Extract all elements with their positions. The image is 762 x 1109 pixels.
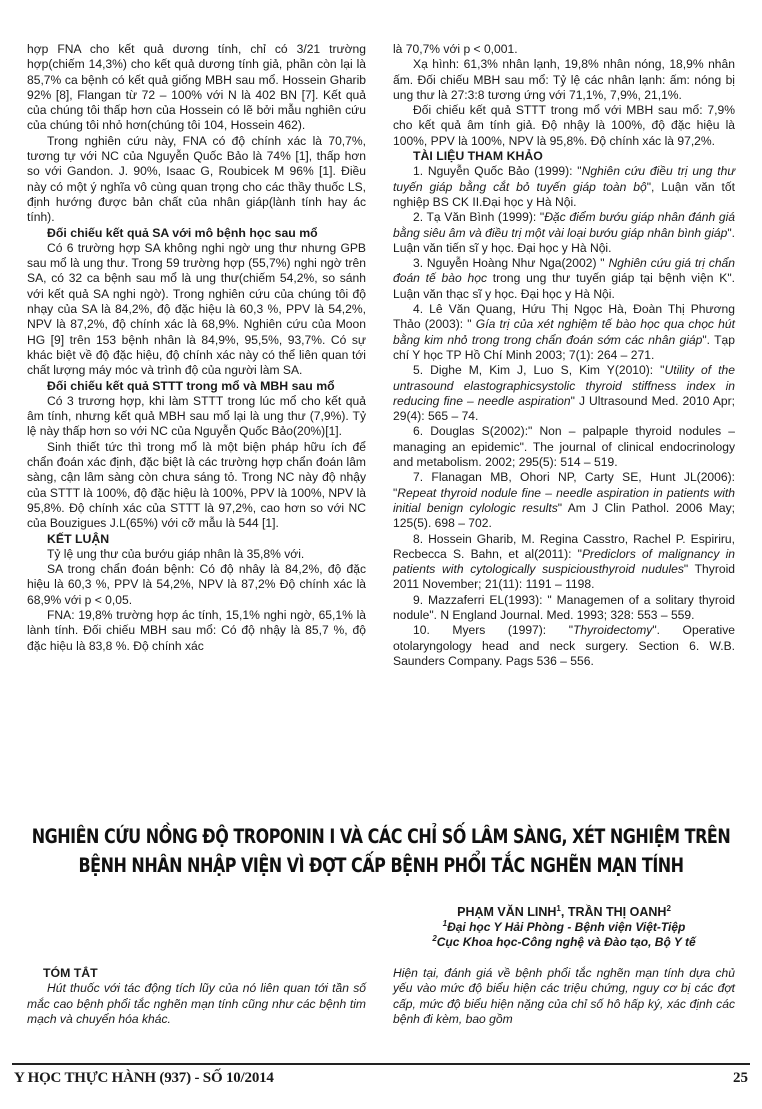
affiliation: 2Cục Khoa học-Công nghệ và Đào tạo, Bộ Y… <box>393 935 735 950</box>
reference-item: 1. Nguyễn Quốc Bảo (1999): "Nghiên cứu đ… <box>393 164 735 210</box>
author-name: TRẦN THỊ OANH <box>568 905 667 919</box>
paragraph: là 70,7% với p < 0,001. <box>393 42 735 57</box>
footer-divider <box>12 1063 750 1065</box>
reference-item: 7. Flanagan MB, Ohori NP, Carty SE, Hunt… <box>393 470 735 531</box>
author-block: PHẠM VĂN LINH1, TRẦN THỊ OANH2 1Đại học … <box>393 904 735 950</box>
paragraph: Có 6 trường hợp SA không nghi ngờ ung th… <box>27 241 366 379</box>
right-column: là 70,7% với p < 0,001. Xạ hình: 61,3% n… <box>393 42 735 669</box>
section-heading: Đối chiếu kết quả SA với mô bệnh học sau… <box>27 226 366 241</box>
reference-item: 10. Myers (1997): "Thyroidectomy". Opera… <box>393 623 735 669</box>
section-heading: KẾT LUẬN <box>27 532 366 547</box>
article-title: NGHIÊN CỨU NỒNG ĐỘ TROPONIN I VÀ CÁC CHỈ… <box>69 822 694 880</box>
paragraph: hợp FNA cho kết quả dương tính, chỉ có 3… <box>27 42 366 134</box>
reference-item: 3. Nguyễn Hoàng Như Nga(2002) " Nghiên c… <box>393 256 735 302</box>
reference-item: 9. Mazzaferri EL(1993): " Managemen of a… <box>393 593 735 624</box>
paragraph: Trong nghiên cứu này, FNA có độ chính xá… <box>27 134 366 226</box>
paragraph: FNA: 19,8% trường hợp ác tính, 15,1% ngh… <box>27 608 366 654</box>
journal-footer: Y HỌC THỰC HÀNH (937) - SỐ 10/2014 <box>14 1070 274 1087</box>
paragraph: Có 3 trương hợp, khi làm STTT trong lúc … <box>27 394 366 440</box>
abstract-left: TÓM TẮT Hút thuốc với tác động tích lũy … <box>27 966 366 1027</box>
paragraph: Đối chiếu kết quả STTT trong mổ với MBH … <box>393 103 735 149</box>
author-names: PHẠM VĂN LINH1, TRẦN THỊ OANH2 <box>393 904 735 920</box>
article-title-line2: BỆNH NHÂN NHẬP VIỆN VÌ ĐỢT CẤP BỆNH PHỔI… <box>28 851 733 880</box>
paragraph: Xạ hình: 61,3% nhân lạnh, 19,8% nhân nón… <box>393 57 735 103</box>
reference-item: 6. Douglas S(2002):" Non – palpaple thyr… <box>393 424 735 470</box>
reference-item: 4. Lê Văn Quang, Hứu Thị Ngọc Hà, Đoàn T… <box>393 302 735 363</box>
paragraph: Tỷ lệ ung thư của bướu giáp nhân là 35,8… <box>27 547 366 562</box>
left-column: hợp FNA cho kết quả dương tính, chỉ có 3… <box>27 42 366 654</box>
reference-item: 5. Dighe M, Kim J, Luo S, Kim Y(2010): "… <box>393 363 735 424</box>
reference-item: 8. Hossein Gharib, M. Regina Casstro, Ra… <box>393 532 735 593</box>
abstract-text: Hiện tại, đánh giá về bệnh phổi tắc nghẽ… <box>393 966 735 1027</box>
abstract-heading: TÓM TẮT <box>27 966 366 981</box>
reference-item: 2. Tạ Văn Bình (1999): "Đặc điểm bướu gi… <box>393 210 735 256</box>
section-heading: Đối chiếu kết quả STTT trong mổ và MBH s… <box>27 379 366 394</box>
references-heading: TÀI LIỆU THAM KHẢO <box>393 149 735 164</box>
paragraph: Sinh thiết tức thì trong mổ là một biện … <box>27 440 366 532</box>
author-name: PHẠM VĂN LINH <box>457 905 556 919</box>
page-number: 25 <box>733 1070 748 1087</box>
abstract-text: Hút thuốc với tác động tích lũy của nó l… <box>27 981 366 1027</box>
affiliation: 1Đại học Y Hải Phòng - Bệnh viện Việt-Ti… <box>393 920 735 935</box>
article-title-line1: NGHIÊN CỨU NỒNG ĐỘ TROPONIN I VÀ CÁC CHỈ… <box>28 822 733 851</box>
paragraph: SA trong chẩn đoán bệnh: Có độ nhây là 8… <box>27 562 366 608</box>
abstract-right: Hiện tại, đánh giá về bệnh phổi tắc nghẽ… <box>393 966 735 1027</box>
